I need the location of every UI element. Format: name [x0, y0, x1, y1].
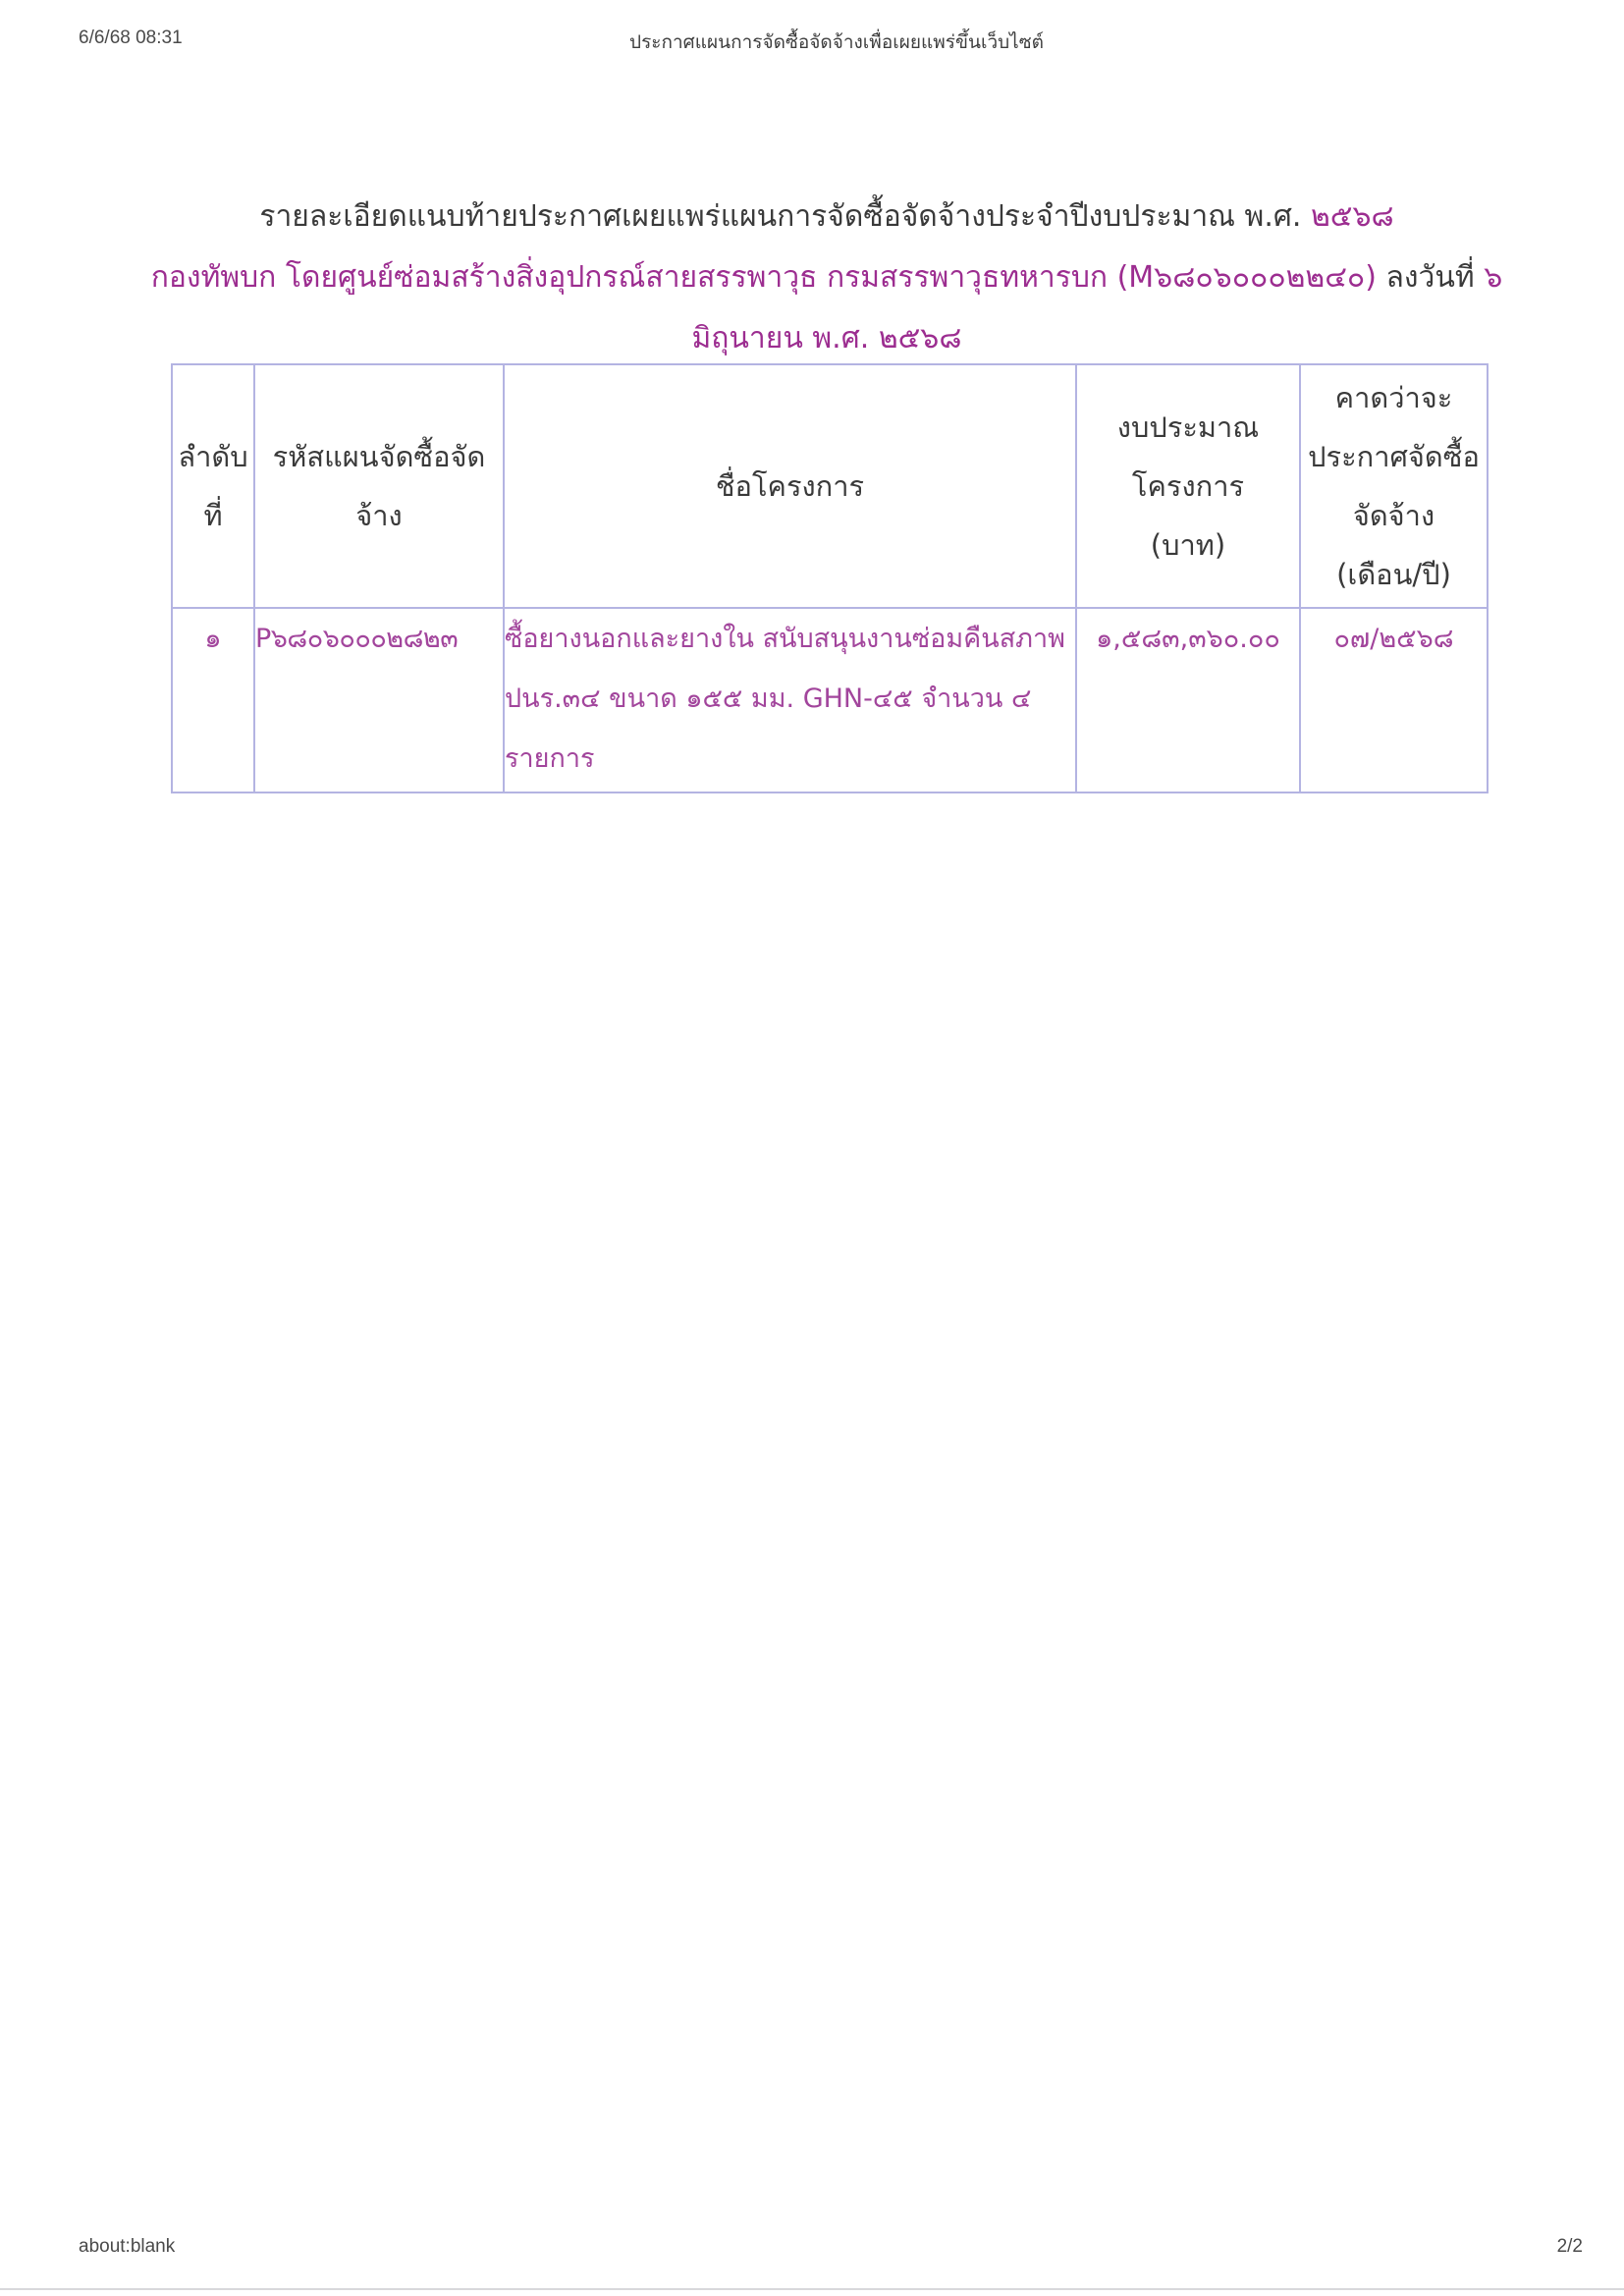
- header-budget: งบประมาณโครงการ(บาท): [1076, 364, 1300, 608]
- cell-budget: ๑,๕๘๓,๓๖๐.๐๐: [1076, 608, 1300, 793]
- procurement-plan-table: ลำดับที่ รหัสแผนจัดซื้อจัดจ้าง ชื่อโครงก…: [171, 363, 1489, 793]
- header-project-name: ชื่อโครงการ: [504, 364, 1076, 608]
- table-row: ๑ P๖๘๐๖๐๐๐๒๘๒๓ ซื้อยางนอกและยางใน สนับสน…: [172, 608, 1488, 793]
- header-code: รหัสแผนจัดซื้อจัดจ้าง: [254, 364, 504, 608]
- header-no: ลำดับที่: [172, 364, 254, 608]
- header-line: (เดือน/ปี): [1301, 545, 1487, 604]
- document-title: รายละเอียดแนบท้ายประกาศเผยแพร่แผนการจัดซ…: [147, 187, 1506, 369]
- header-line: โครงการ: [1077, 457, 1299, 516]
- title-dated-label: ลงวันที่: [1385, 260, 1474, 295]
- title-line-2: กองทัพบก โดยศูนย์ซ่อมสร้างสิ่งอุปกรณ์สาย…: [147, 247, 1506, 308]
- header-line: ลำดับ: [173, 427, 253, 486]
- header-line: ชื่อโครงการ: [505, 457, 1075, 516]
- title-line-1-year: ๒๕๖๘: [1311, 199, 1394, 234]
- header-line: จัดจ้าง: [1301, 486, 1487, 545]
- print-page-title: ประกาศแผนการจัดซื้อจัดจ้างเพื่อเผยแพร่ขึ…: [0, 27, 1624, 57]
- title-day: ๖: [1484, 260, 1502, 295]
- header-line: รหัสแผนจัดซื้อจัด: [255, 427, 503, 486]
- header-line: ประกาศจัดซื้อ: [1301, 427, 1487, 486]
- header-line: ที่: [173, 486, 253, 545]
- header-expected-announce: คาดว่าจะประกาศจัดซื้อจัดจ้าง(เดือน/ปี): [1300, 364, 1488, 608]
- print-url: about:blank: [79, 2236, 175, 2258]
- title-line-1-text: รายละเอียดแนบท้ายประกาศเผยแพร่แผนการจัดซ…: [259, 199, 1301, 234]
- header-line: (บาท): [1077, 516, 1299, 574]
- cell-no: ๑: [172, 608, 254, 793]
- header-line: คาดว่าจะ: [1301, 368, 1487, 427]
- print-page-number: 2/2: [1557, 2236, 1583, 2258]
- title-agency: กองทัพบก โดยศูนย์ซ่อมสร้างสิ่งอุปกรณ์สาย…: [151, 260, 1377, 295]
- title-line-3: มิถุนายน พ.ศ. ๒๕๖๘: [147, 308, 1506, 369]
- header-line: งบประมาณ: [1077, 398, 1299, 457]
- header-line: จ้าง: [255, 486, 503, 545]
- table-header-row: ลำดับที่ รหัสแผนจัดซื้อจัดจ้าง ชื่อโครงก…: [172, 364, 1488, 608]
- cell-plan-code: P๖๘๐๖๐๐๐๒๘๒๓: [254, 608, 504, 793]
- cell-project-name: ซื้อยางนอกและยางใน สนับสนุนงานซ่อมคืนสภา…: [504, 608, 1076, 793]
- scan-edge-divider: [0, 2288, 1624, 2290]
- cell-expected-announce: ๐๗/๒๕๖๘: [1300, 608, 1488, 793]
- title-line-1: รายละเอียดแนบท้ายประกาศเผยแพร่แผนการจัดซ…: [147, 187, 1506, 247]
